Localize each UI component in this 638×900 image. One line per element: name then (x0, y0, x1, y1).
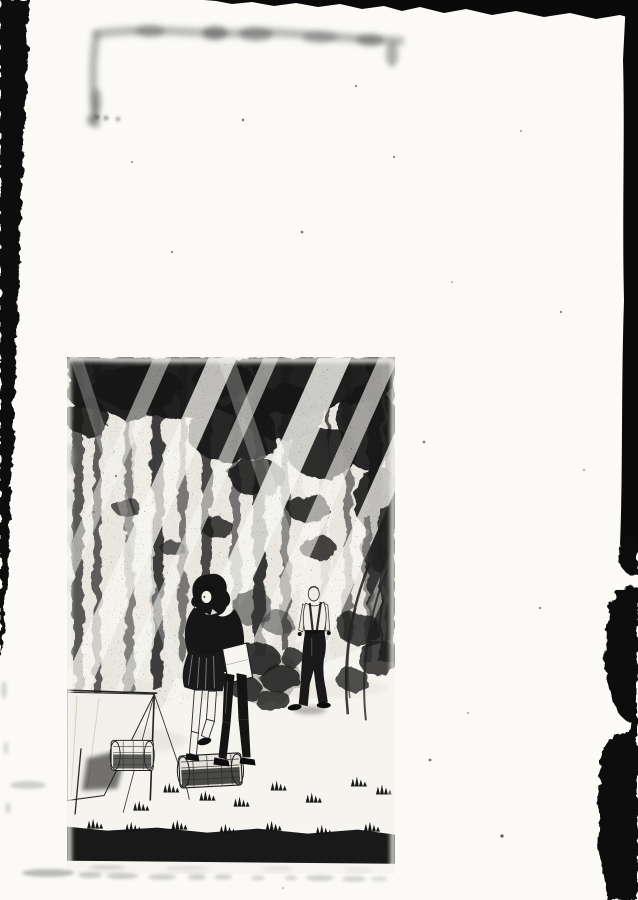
manga-panel: Black-and-white forest clearing: sunbeam… (67, 357, 395, 874)
speck-dot (131, 161, 133, 163)
speck-dot (539, 607, 541, 609)
speck-dot (171, 251, 173, 253)
speck-dot (355, 85, 357, 87)
forest-illustration (67, 357, 395, 874)
right-edge-ink-strip (620, 0, 638, 545)
scanned-page: Black-and-white forest clearing: sunbeam… (0, 0, 638, 900)
smudge-dots (95, 115, 120, 121)
panel-caption: Black-and-white forest clearing: sunbeam… (67, 874, 68, 875)
speck-dot (393, 156, 395, 158)
ink-blob (619, 535, 638, 575)
offset-smudge-frame (87, 25, 400, 126)
speck-dot (429, 759, 432, 762)
speck-dot (242, 119, 244, 121)
speck-dot (500, 834, 503, 837)
speck-dot (520, 130, 522, 132)
right-edge-ink-blobs (598, 535, 638, 900)
ink-blob (598, 732, 638, 900)
speck-dot (451, 281, 453, 283)
panel-grain (67, 357, 395, 874)
speck-dot (583, 469, 585, 471)
left-edge-stray-marks (1, 681, 46, 814)
speck-dot (560, 311, 562, 313)
ink-blob (605, 587, 638, 722)
speck-dot (467, 712, 469, 714)
left-edge-ink-wedge (0, 0, 30, 660)
speck-dot (423, 441, 426, 444)
top-edge-ink-band (204, 0, 638, 20)
speck-dot (282, 887, 284, 889)
speck-dot (301, 231, 304, 234)
ink-blob (629, 714, 638, 740)
